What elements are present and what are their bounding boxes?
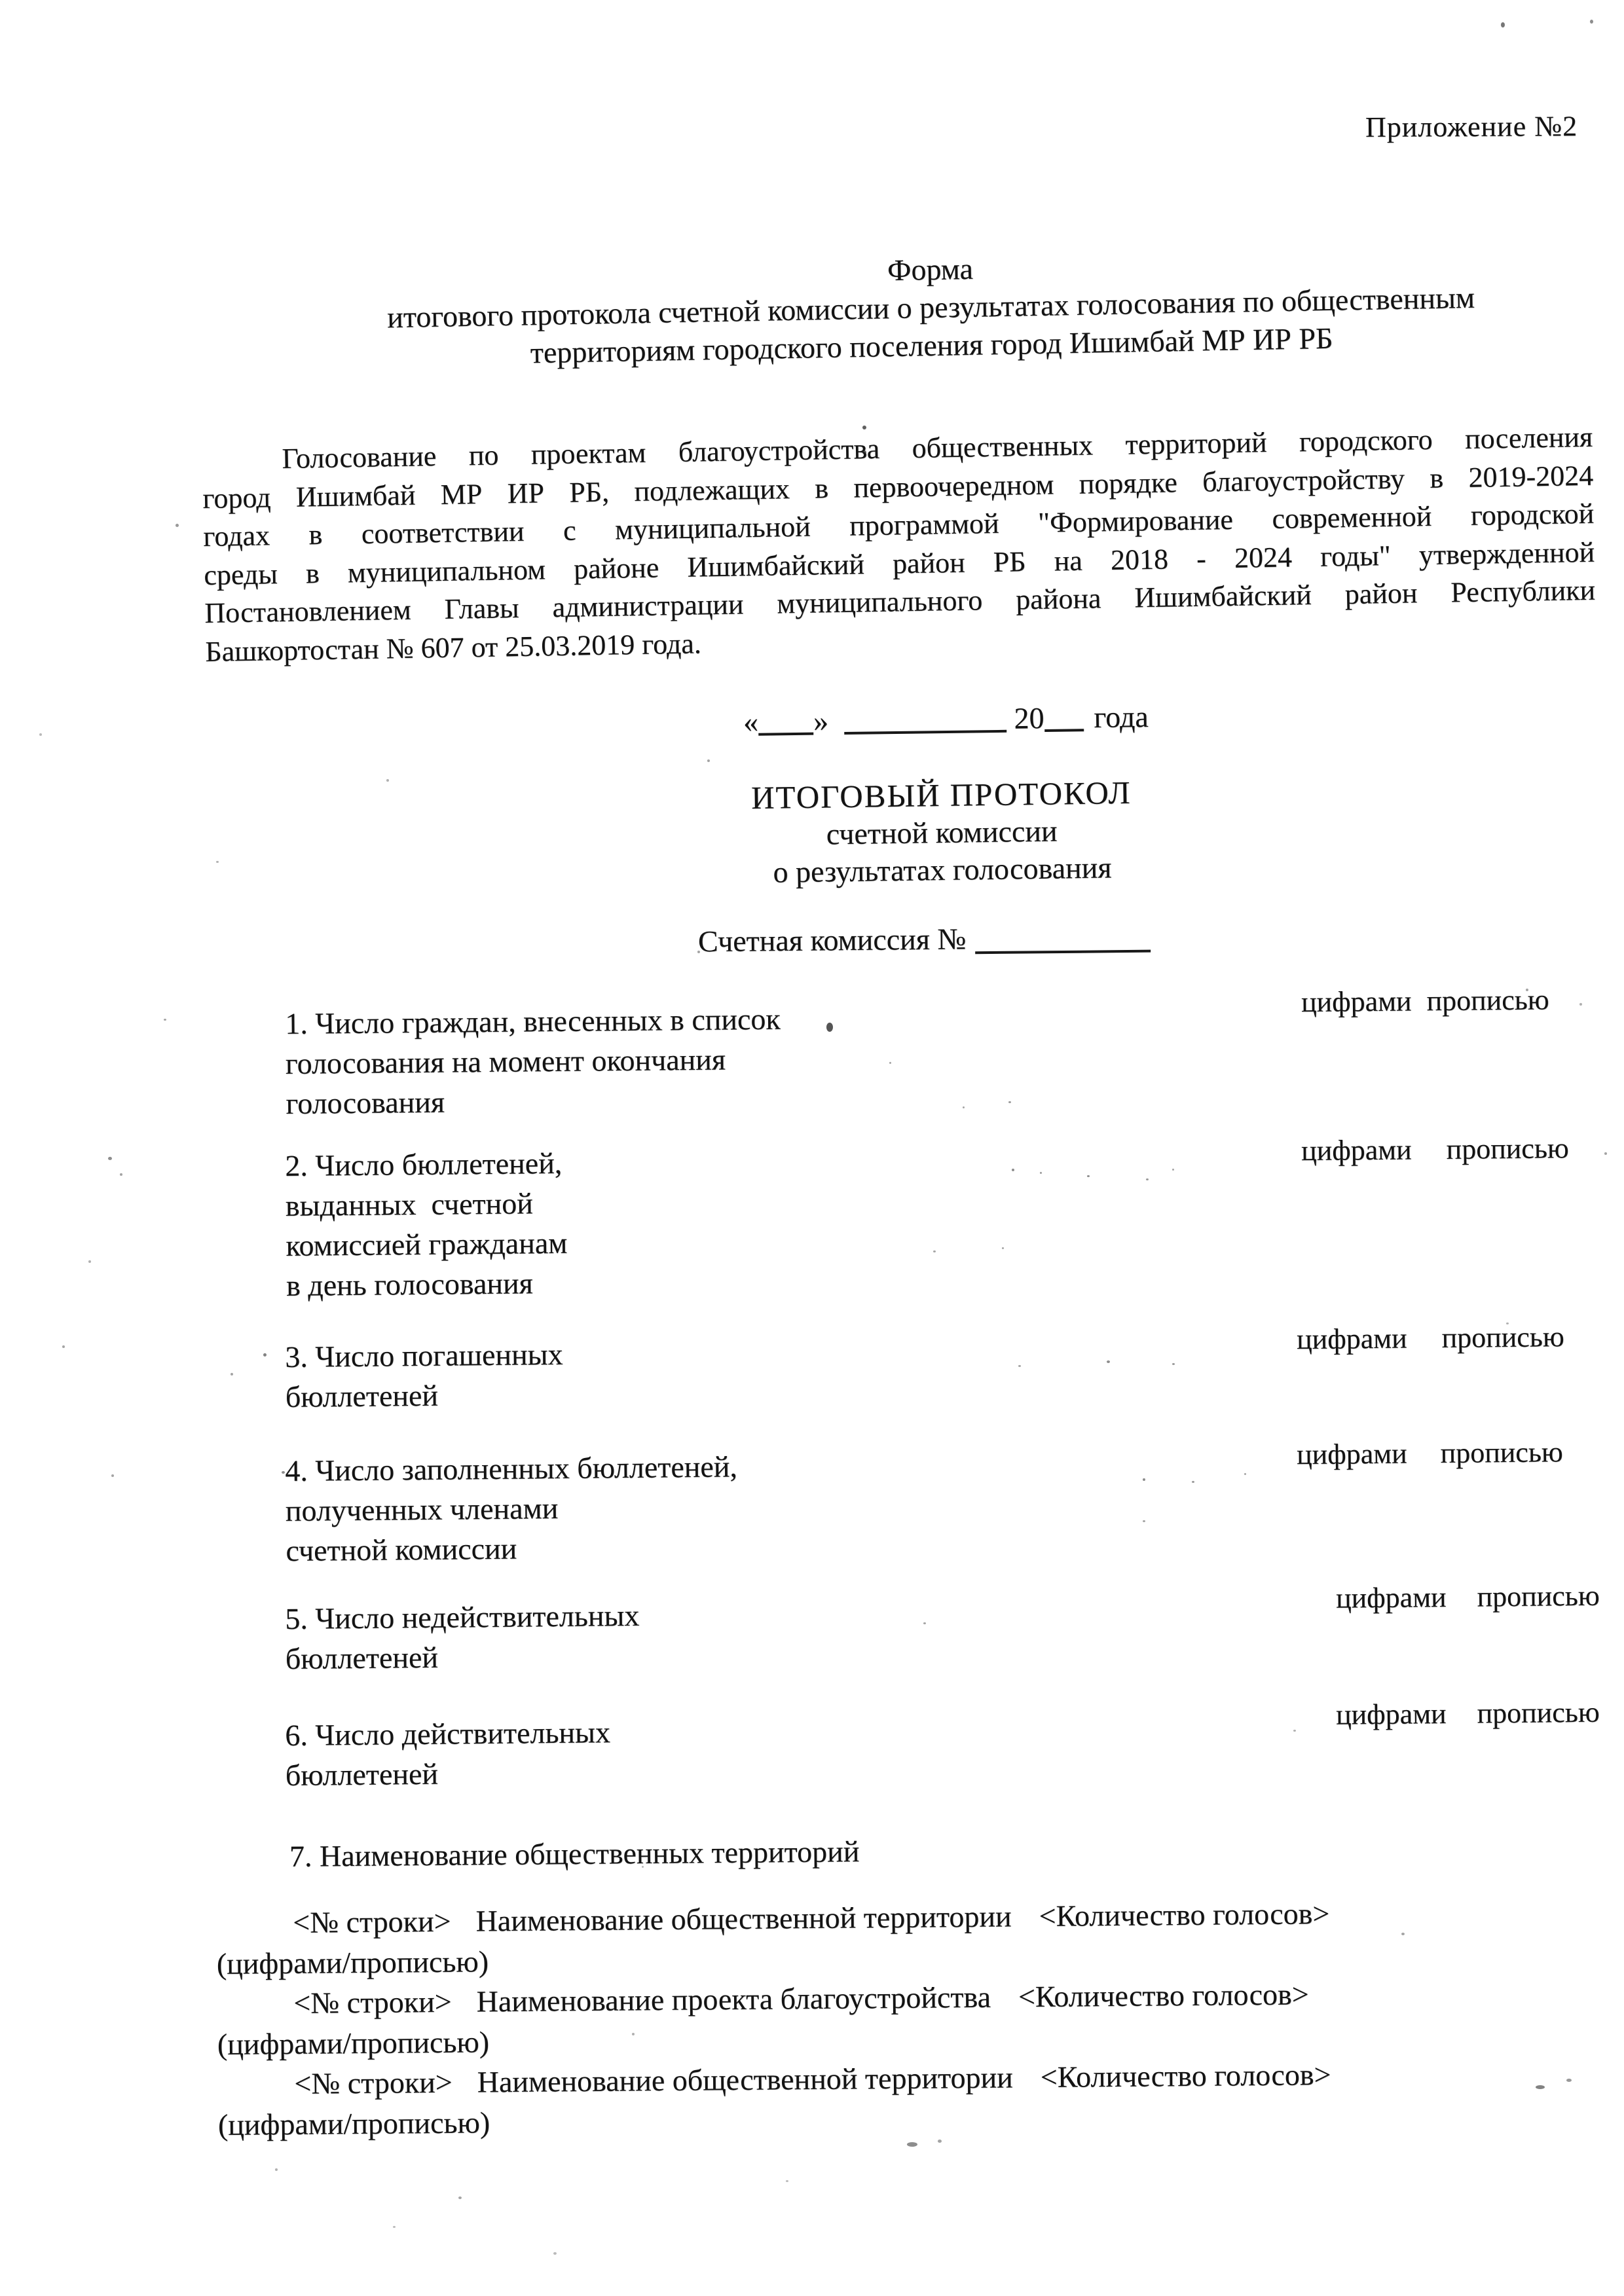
scan-noise-speck xyxy=(1008,1101,1011,1103)
scan-noise-speck xyxy=(275,2168,278,2171)
scan-noise-speck xyxy=(1087,1175,1090,1177)
item-text-line: голосования xyxy=(286,1075,1164,1123)
scan-noise-speck xyxy=(120,1173,122,1176)
date-close-quote: » xyxy=(813,704,829,737)
commission-number-line: Счетная комиссия № xyxy=(698,920,1151,959)
date-open-quote: « xyxy=(743,705,759,738)
item-4-filled-ballots: 4. Число заполненных бюллетеней, получен… xyxy=(285,1442,1164,1571)
scan-noise-speck xyxy=(1018,1365,1021,1367)
item-3-unit-label: цифрами прописью xyxy=(1297,1317,1564,1359)
scan-noise-speck xyxy=(889,1062,891,1064)
scan-noise-speck xyxy=(963,1106,965,1108)
date-day-blank xyxy=(758,708,814,736)
item-5-invalid-ballots: 5. Число недействительных бюллетеней циф… xyxy=(285,1590,1163,1679)
appendix-label: Приложение №2 xyxy=(1365,109,1578,144)
item-1-citizens-in-list: 1. Число граждан, внесенных в список гол… xyxy=(285,995,1164,1123)
scan-noise-speck xyxy=(458,2196,462,2199)
item-text-line: в день голосования xyxy=(286,1257,1164,1305)
scan-noise-speck xyxy=(1146,1178,1149,1180)
scan-noise-speck xyxy=(231,1373,233,1376)
scan-noise-speck xyxy=(1143,1520,1145,1522)
scan-noise-speck xyxy=(632,2033,635,2035)
scan-noise-speck xyxy=(1526,989,1528,991)
row-project-name: Наименование проекта благоустройства xyxy=(476,1980,991,2018)
scan-noise-speck xyxy=(938,2140,942,2143)
item-4-unit-label: цифрами прописью xyxy=(1297,1432,1563,1474)
scan-noise-speck xyxy=(1040,1172,1042,1174)
scan-noise-speck xyxy=(393,2226,396,2228)
row-number-placeholder: <№ строки> xyxy=(293,1985,452,2020)
scan-noise-speck xyxy=(263,1353,267,1357)
item-text-line: бюллетеней xyxy=(286,1368,1164,1417)
scan-noise-speck xyxy=(282,1471,285,1474)
date-year-prefix: 20 xyxy=(1014,701,1044,735)
scan-noise-speck xyxy=(1172,1169,1174,1171)
scan-noise-speck xyxy=(642,1866,644,1868)
item-1-unit-label: цифрами прописью xyxy=(1301,979,1549,1022)
row-territory-name: Наименование общественной территории xyxy=(475,1899,1011,1937)
scan-noise-speck xyxy=(1002,1247,1004,1249)
item-7-territories-heading: 7. Наименование общественных территорий xyxy=(289,1834,860,1874)
commission-number-blank xyxy=(975,925,1151,955)
scan-noise-speck xyxy=(907,2142,917,2147)
scan-noise-speck xyxy=(1506,1322,1509,1324)
scan-noise-speck xyxy=(862,426,866,429)
row-territory-name: Наименование общественной территории xyxy=(477,2060,1013,2098)
scan-noise-speck xyxy=(1401,1933,1405,1935)
item-2-unit-label: цифрами прописью xyxy=(1301,1128,1569,1171)
scan-noise-speck xyxy=(1244,1473,1246,1475)
scan-noise-speck xyxy=(108,1157,112,1160)
date-year-blank xyxy=(1044,704,1084,732)
scan-noise-speck xyxy=(826,1023,833,1032)
form-title: Форма итогового протокола счетной комисс… xyxy=(118,236,1624,379)
scan-noise-speck xyxy=(164,1019,166,1021)
item-text-line: счетной комиссии xyxy=(286,1522,1164,1571)
protocol-heading: ИТОГОВЫЙ ПРОТОКОЛ счетной комиссии о рез… xyxy=(129,765,1624,900)
scan-noise-speck xyxy=(933,1250,936,1252)
scan-noise-speck xyxy=(1107,1360,1110,1363)
row-votes-placeholder: <Количество голосов> xyxy=(1018,1977,1309,2013)
row-votes-placeholder: <Количество голосов> xyxy=(1041,2058,1331,2094)
date-line: «» 20года xyxy=(743,699,1149,739)
item-2-ballots-issued: 2. Число бюллетеней, выданных счетной ко… xyxy=(285,1137,1164,1305)
item-text-line: бюллетеней xyxy=(286,1747,1164,1795)
scan-noise-speck xyxy=(1604,1152,1607,1155)
scan-noise-speck xyxy=(175,524,179,527)
scan-noise-speck xyxy=(553,2252,557,2255)
scan-noise-speck xyxy=(216,861,219,863)
scan-noise-speck xyxy=(1293,1730,1296,1732)
row-number-placeholder: <№ строки> xyxy=(293,1904,451,1939)
item-6-unit-label: цифрами прописью xyxy=(1336,1692,1600,1735)
item-text-line: бюллетеней xyxy=(286,1630,1164,1679)
territory-rows-block: <№ строки>Наименование общественной терр… xyxy=(0,1891,1624,2147)
scan-noise-speck xyxy=(1192,1481,1194,1483)
row-votes-placeholder: <Количество голосов> xyxy=(1039,1897,1329,1933)
scan-noise-speck xyxy=(39,733,42,736)
intro-paragraph: Голосование по проектам благоустройства … xyxy=(202,418,1596,671)
date-month-blank xyxy=(844,705,1007,735)
scan-noise-speck xyxy=(1012,1169,1014,1171)
item-6-valid-ballots: 6. Число действительных бюллетеней цифра… xyxy=(285,1707,1163,1795)
scan-noise-speck xyxy=(1172,1363,1175,1365)
scan-noise-speck xyxy=(786,2180,788,2182)
scan-noise-speck xyxy=(1143,1478,1145,1481)
item-5-unit-label: цифрами прописью xyxy=(1336,1576,1600,1618)
scan-noise-speck xyxy=(1566,2079,1572,2082)
date-year-suffix: года xyxy=(1094,700,1149,734)
scan-noise-speck xyxy=(111,1474,114,1477)
scan-noise-speck xyxy=(707,759,710,762)
scan-noise-speck xyxy=(923,1622,926,1624)
scan-noise-speck xyxy=(1590,20,1593,24)
row-number-placeholder: <№ строки> xyxy=(294,2066,452,2100)
scan-noise-speck xyxy=(697,951,700,953)
scan-noise-speck xyxy=(862,450,866,454)
scan-noise-speck xyxy=(386,779,389,782)
commission-label: Счетная комиссия № xyxy=(698,922,967,958)
scan-noise-speck xyxy=(88,1260,91,1263)
scan-noise-speck xyxy=(1501,22,1505,27)
item-3-cancelled-ballots: 3. Число погашенных бюллетеней цифрами п… xyxy=(285,1328,1163,1417)
scan-noise-speck xyxy=(62,1345,65,1348)
scan-noise-speck xyxy=(1536,2085,1545,2089)
scanned-protocol-form-page: Приложение №2 Форма итогового протокола … xyxy=(0,0,1624,2296)
scan-noise-speck xyxy=(1579,1003,1582,1006)
